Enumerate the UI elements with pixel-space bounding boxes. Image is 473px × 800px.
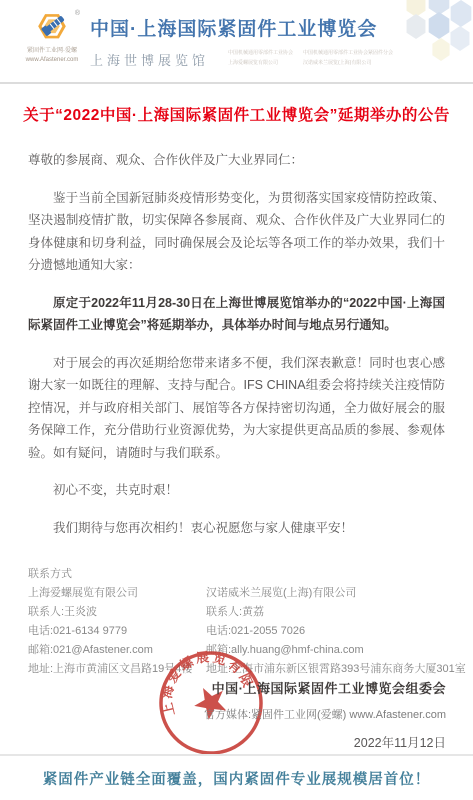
- nut-bolt-logo-icon: [31, 9, 73, 47]
- organizer-list: 中国机械通用零部件工业协会 上海爱螺展览有限公司 中国机械通用零部件工业协会紧固…: [228, 49, 393, 68]
- paragraph-apology: 对于展会的再次延期给您带来诸多不便，我们深表歉意！同时也衷心感谢大家一如既往的理…: [28, 352, 445, 465]
- contact-phone: 电话:021-6134 9779: [28, 622, 206, 641]
- announcement-body: 尊敬的参展商、观众、合作伙伴及广大业界同仁： 鉴于当前全国新冠肺炎疫情形势变化，…: [0, 149, 473, 539]
- signature-block: 中国·上海国际紧固件工业博览会组委会 官方媒体:紧固件工业网(爱螺) www.A…: [204, 678, 446, 751]
- salutation: 尊敬的参展商、观众、合作伙伴及广大业界同仁：: [28, 149, 445, 172]
- organizer-line: 中国机械通用零部件工业协会紧固件分会: [303, 49, 393, 59]
- announcement-page: ® 紧固件工业网·爱螺 www.Afastener.com 中国·上海国际紧固件…: [0, 0, 473, 800]
- paragraph-postponement-notice: 原定于2022年11月28-30日在上海世博展览馆举办的“2022中国·上海国际…: [28, 292, 445, 337]
- page-footer: 紧固件产业链全面覆盖，国内紧固件专业展规模居首位！: [0, 754, 473, 800]
- hexagon-decoration: [383, 0, 473, 62]
- announcement-title: 关于“2022中国·上海国际紧固件工业博览会”延期举办的公告: [0, 103, 473, 125]
- hexagon-icon: [427, 12, 451, 39]
- announcement-date: 2022年11月12日: [204, 733, 446, 751]
- logo-caption-url: www.Afastener.com: [16, 56, 88, 65]
- organizer-column: 中国机械通用零部件工业协会紧固件分会 汉诺威米兰展览(上海)有限公司: [303, 49, 393, 68]
- hexagon-icon: [449, 26, 471, 51]
- expo-title: 中国·上海国际紧固件工业博览会: [90, 14, 377, 41]
- organizer-column: 中国机械通用零部件工业协会 上海爱螺展览有限公司: [228, 49, 293, 68]
- page-header: ® 紧固件工业网·爱螺 www.Afastener.com 中国·上海国际紧固件…: [0, 0, 473, 84]
- footer-slogan: 紧固件产业链全面覆盖，国内紧固件专业展规模居首位！: [43, 768, 431, 789]
- registered-mark: ®: [75, 10, 80, 17]
- hexagon-icon: [405, 14, 427, 39]
- expo-logo: ® 紧固件工业网·爱螺 www.Afastener.com: [16, 9, 88, 65]
- organizing-committee: 中国·上海国际紧固件工业博览会组委会: [204, 678, 446, 697]
- organizer-line: 中国机械通用零部件工业协会: [228, 49, 293, 59]
- organizer-line: 上海爱螺展览有限公司: [228, 59, 293, 69]
- paragraph-wishes: 我们期待与您再次相约！衷心祝愿您与家人健康平安！: [28, 517, 445, 540]
- company-name: 汉诺威米兰展览(上海)有限公司: [206, 584, 466, 603]
- company-name: 上海爱螺展览有限公司: [28, 584, 206, 603]
- contact-phone: 电话:021-2055 7026: [206, 622, 466, 641]
- paragraph-slogan: 初心不变，共克时艰！: [28, 479, 445, 502]
- contact-person: 联系人:王炎波: [28, 603, 206, 622]
- contact-heading: 联系方式: [28, 565, 445, 584]
- organizer-line: 汉诺威米兰展览(上海)有限公司: [303, 59, 393, 69]
- hexagon-icon: [449, 0, 473, 27]
- official-media: 官方媒体:紧固件工业网(爱螺) www.Afastener.com: [204, 706, 446, 722]
- hexagon-icon: [431, 38, 451, 61]
- contact-person: 联系人:黄荔: [206, 603, 466, 622]
- paragraph-context: 鉴于当前全国新冠肺炎疫情形势变化，为贯彻落实国家疫情防控政策、坚决遏制疫情扩散，…: [28, 187, 445, 277]
- logo-caption-name: 紧固件工业网·爱螺: [16, 47, 88, 56]
